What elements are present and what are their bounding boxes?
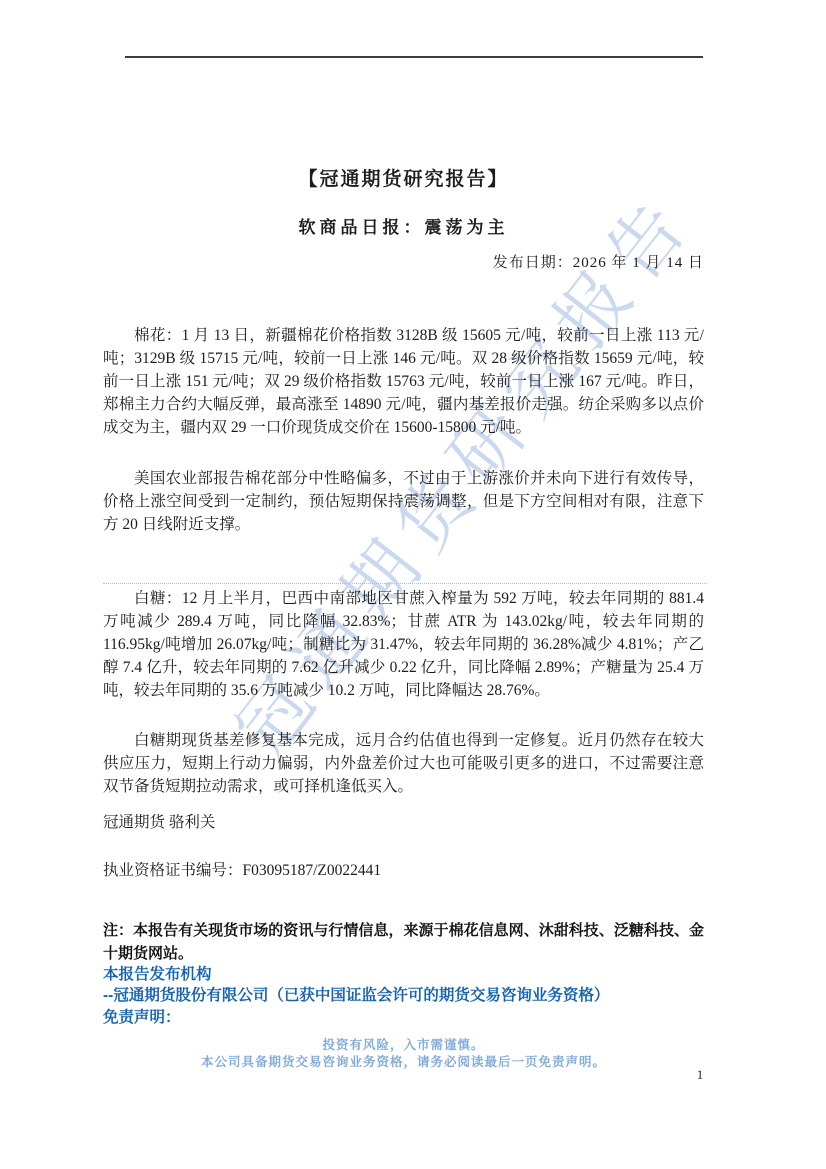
paragraph-cotton-outlook: 美国农业部报告棉花部分中性略偏多，不过由于上游涨价并未向下进行有效传导，价格上涨… xyxy=(103,467,704,536)
top-divider-rule xyxy=(125,56,703,58)
footer-qualification-note: 本公司具备期货交易咨询业务资格，请务必阅读最后一页免责声明。 xyxy=(103,1052,704,1070)
issuer-heading: 本报告发布机构 xyxy=(103,964,704,985)
paragraph-sugar-outlook: 白糖期现货基差修复基本完成，远月合约估值也得到一定修复。近月仍然存在较大供应压力… xyxy=(103,729,704,798)
report-subtitle: 软商品日报：震荡为主 xyxy=(103,213,704,238)
dotted-divider xyxy=(103,583,707,584)
report-page: 冠通期货研究报告 【冠通期货研究报告】 软商品日报：震荡为主 发布日期：2026… xyxy=(0,0,826,1169)
disclaimer-heading: 免责声明： xyxy=(103,1007,704,1028)
paragraph-sugar-data: 白糖：12 月上半月，巴西中南部地区甘蔗入榨量为 592 万吨，较去年同期的 8… xyxy=(103,587,704,702)
page-number: 1 xyxy=(690,1067,710,1083)
issuer-line: --冠通期货股份有限公司（已获中国证监会许可的期货交易咨询业务资格） xyxy=(103,985,704,1006)
paragraph-cotton-spot: 棉花：1 月 13 日，新疆棉花价格指数 3128B 级 15605 元/吨，较… xyxy=(103,324,704,439)
publish-date: 发布日期：2026 年 1 月 14 日 xyxy=(103,251,704,272)
footer-risk-warning: 投资有风险，入市需谨慎。 xyxy=(103,1035,704,1053)
report-title: 【冠通期货研究报告】 xyxy=(103,164,704,191)
analyst-signature: 冠通期货 骆利关 xyxy=(103,812,704,834)
license-number: 执业资格证书编号：F03095187/Z0022441 xyxy=(103,860,704,882)
source-note: 注：本报告有关现货市场的资讯与行情信息，来源于棉花信息网、沐甜科技、泛糖科技、金… xyxy=(103,919,704,965)
